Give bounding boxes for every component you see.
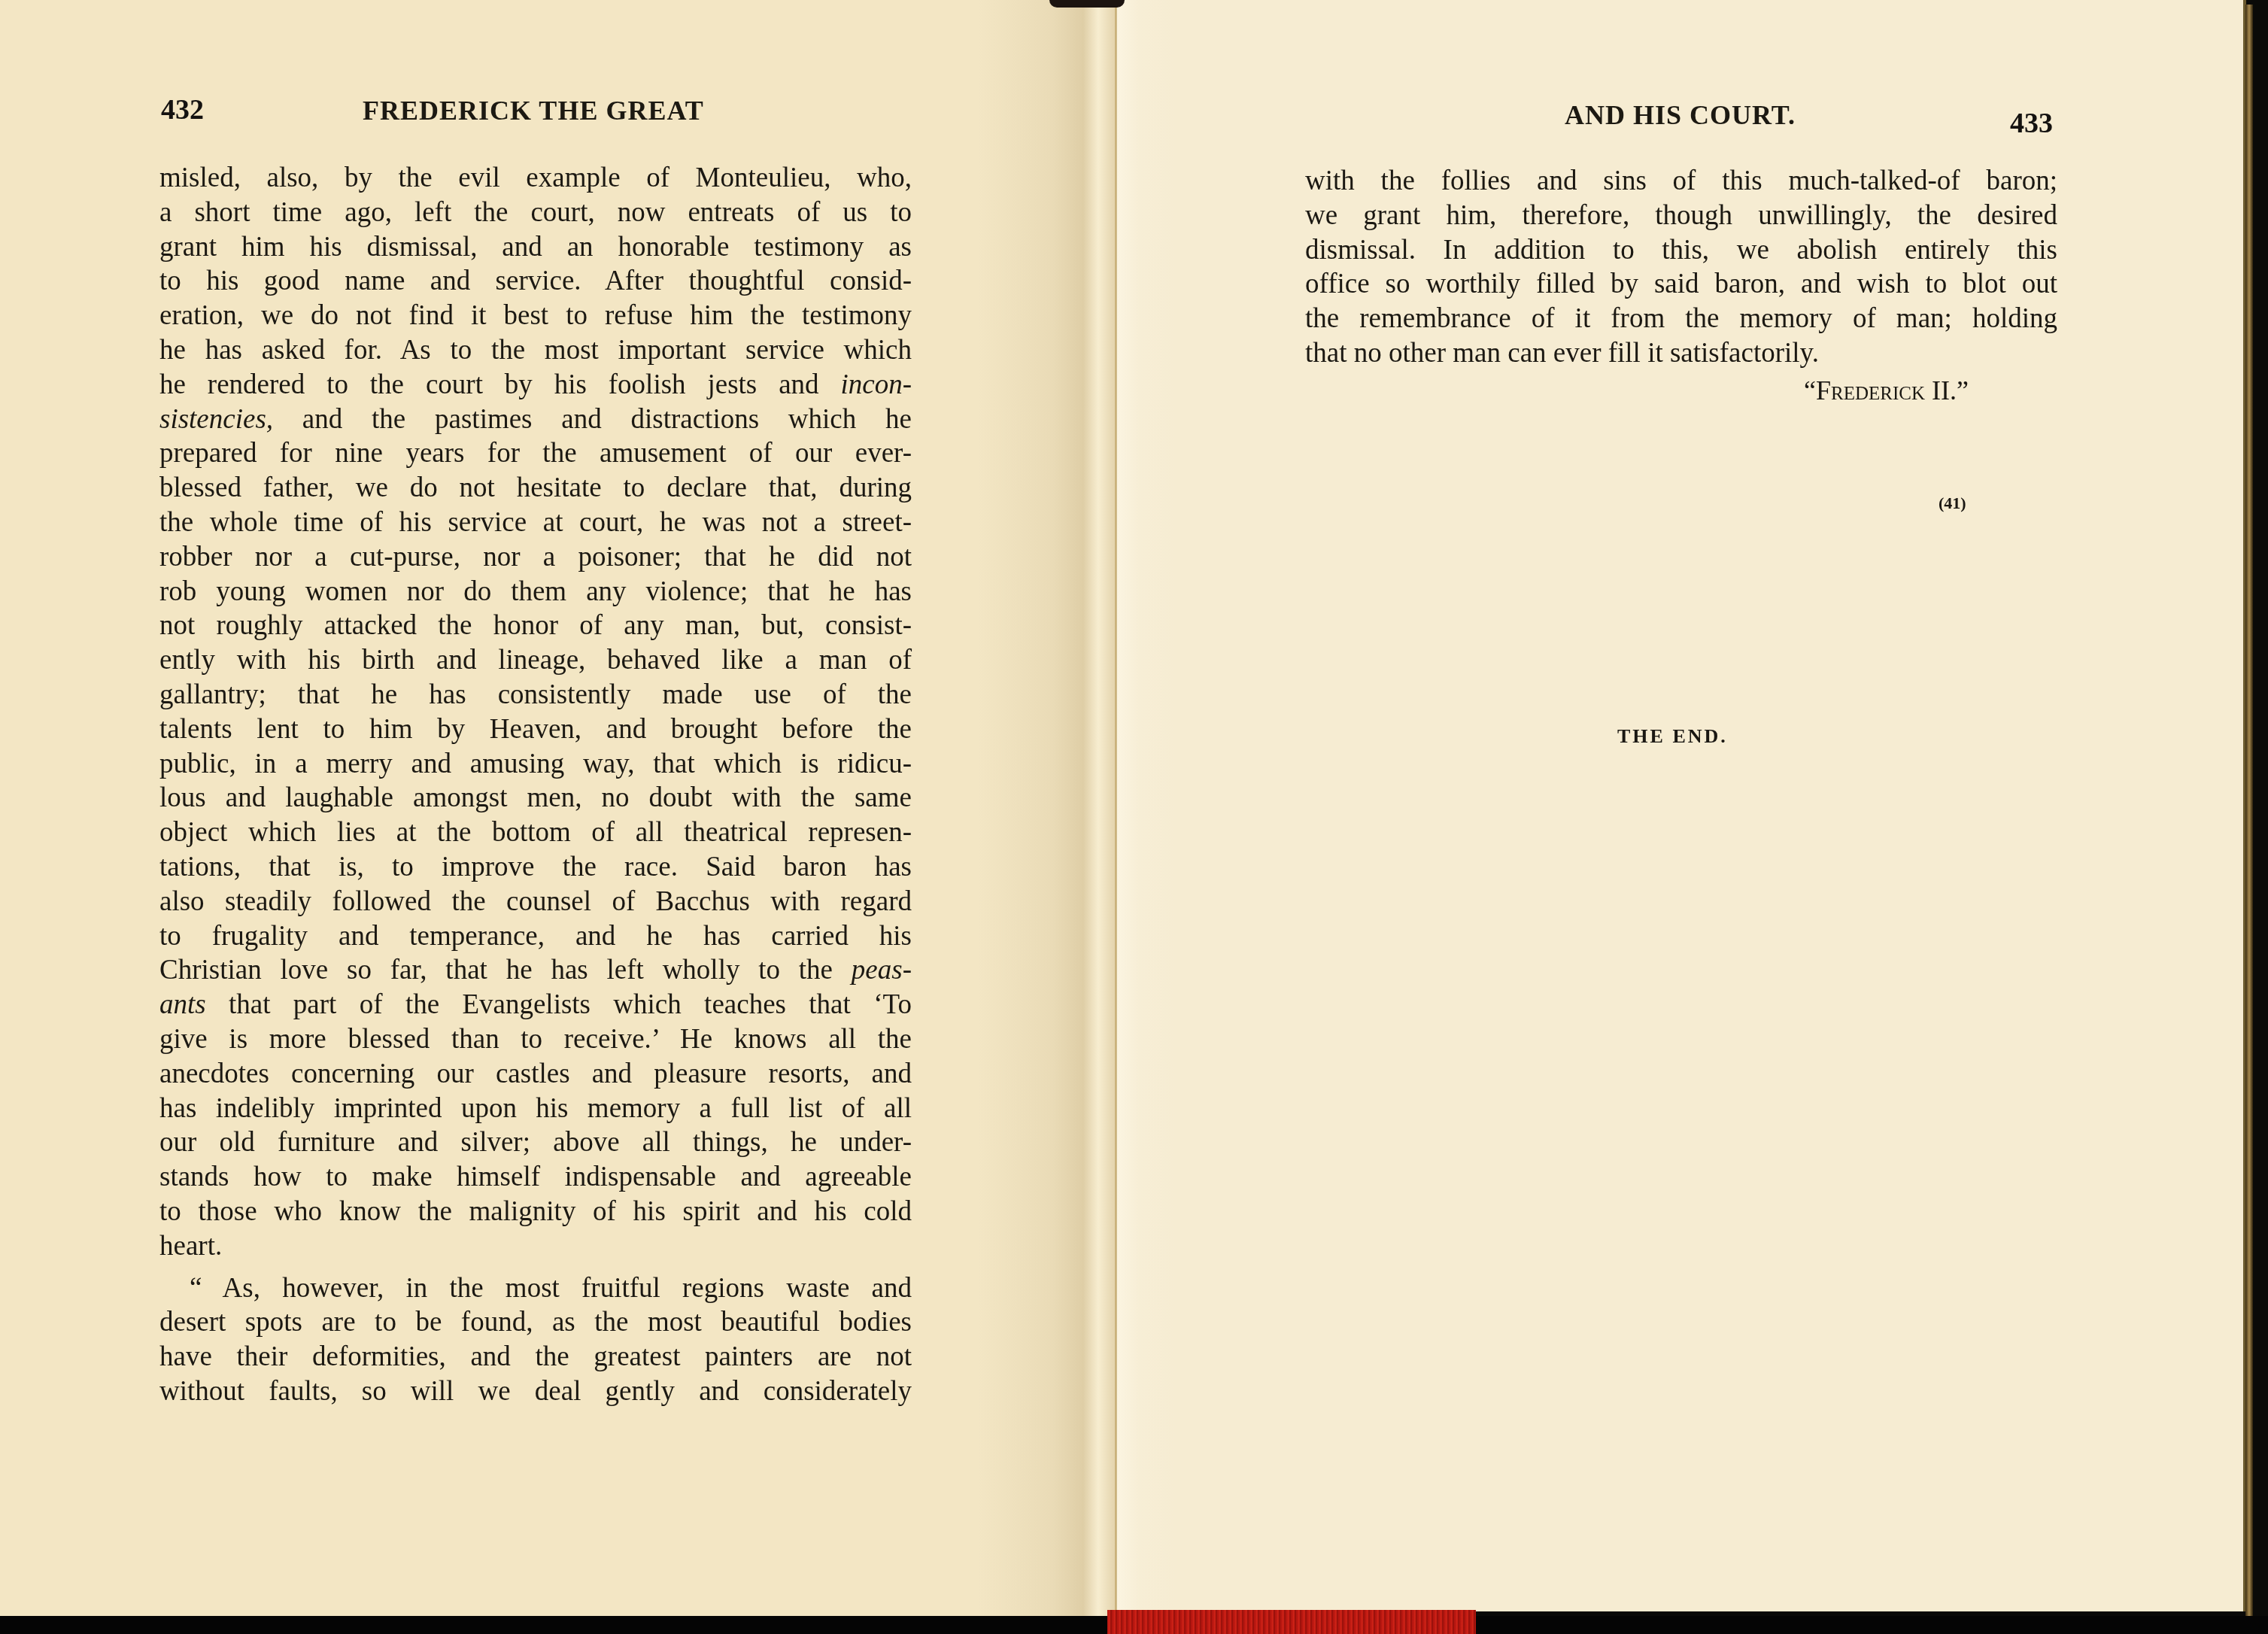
text-line: the whole time of his service at court, … <box>159 506 912 540</box>
page-number-right: 433 <box>2010 107 2053 140</box>
text-line: not roughly attacked the honor of any ma… <box>159 609 912 643</box>
text-line: we grant him, therefore, though unwillin… <box>1305 199 2057 233</box>
text-line: talents lent to him by Heaven, and broug… <box>159 712 912 747</box>
text-line: blessed father, we do not hesitate to de… <box>159 471 912 506</box>
signature-mark: (41) <box>1939 494 1966 513</box>
text-line: that no other man can ever fill it satis… <box>1305 336 2057 371</box>
italic-fragment: incon- <box>840 369 912 400</box>
text-line: eration, we do not find it best to refus… <box>159 299 912 333</box>
text-line: our old furniture and silver; above all … <box>159 1125 912 1160</box>
signature: “Frederick II.” <box>1804 375 1969 406</box>
text-line: he has asked for. As to the most importa… <box>159 333 912 368</box>
text-fragment: and the pastimes and distractions which … <box>273 404 912 435</box>
text-line: anecdotes concerning our castles and ple… <box>159 1057 912 1092</box>
signature-name: Frederick II. <box>1816 375 1957 405</box>
text-line: prepared for nine years for the amusemen… <box>159 436 912 471</box>
text-line: has indelibly imprinted upon his memory … <box>159 1092 912 1126</box>
text-line: dismissal. In addition to this, we aboli… <box>1305 233 2057 268</box>
gutter-fold <box>1115 0 1117 1617</box>
text-line: stands how to make himself indispensable… <box>159 1160 912 1195</box>
text-line: give is more blessed than to receive.’ H… <box>159 1022 912 1057</box>
italic-fragment: peas- <box>852 955 912 986</box>
text-line: misled, also, by the evil example of Mon… <box>159 161 912 196</box>
binding-cloth <box>1107 1610 1476 1634</box>
text-line: also steadily followed the counsel of Ba… <box>159 885 912 919</box>
text-line: to frugality and temperance, and he has … <box>159 919 912 954</box>
text-line: to his good name and service. After thou… <box>159 264 912 299</box>
text-line: ently with his birth and lineage, behave… <box>159 643 912 678</box>
text-line: have their deformities, and the greatest… <box>159 1340 912 1374</box>
text-line: desert spots are to be found, as the mos… <box>159 1305 912 1340</box>
page-edge-right <box>2245 5 2253 1622</box>
paragraph-gap <box>159 1264 912 1271</box>
text-line: office so worthily filled by said baron,… <box>1305 267 2057 302</box>
text-fragment: Christian love so far, that he has left … <box>159 955 852 986</box>
text-line: he rendered to the court by his foolish … <box>159 368 912 402</box>
close-quote: ” <box>1957 375 1969 405</box>
text-line: tations, that is, to improve the race. S… <box>159 850 912 885</box>
text-line: heart. <box>159 1229 912 1264</box>
text-line: rob young women nor do them any violence… <box>159 575 912 609</box>
text-line: public, in a merry and amusing way, that… <box>159 747 912 782</box>
text-line: the remembrance of it from the memory of… <box>1305 302 2057 336</box>
italic-fragment: sistencies, <box>159 404 273 435</box>
italic-fragment: ants <box>159 989 206 1020</box>
text-line: gallantry; that he has consistently made… <box>159 678 912 712</box>
text-line: a short time ago, left the court, now en… <box>159 196 912 230</box>
text-line: object which lies at the bottom of all t… <box>159 815 912 850</box>
text-line: lous and laughable amongst men, no doubt… <box>159 781 912 815</box>
the-end-label: THE END. <box>1617 725 1728 748</box>
text-line: to those who know the malignity of his s… <box>159 1195 912 1229</box>
text-fragment: he rendered to the court by his foolish … <box>159 369 840 400</box>
running-head-right: AND HIS COURT. <box>1565 99 1796 131</box>
text-line: ants that part of the Evangelists which … <box>159 988 912 1022</box>
text-line: “ As, however, in the most fruitful regi… <box>159 1271 912 1306</box>
open-quote: “ <box>1804 375 1816 405</box>
text-line: Christian love so far, that he has left … <box>159 953 912 988</box>
page-number-left: 432 <box>161 93 204 126</box>
text-line: grant him his dismissal, and an honorabl… <box>159 230 912 265</box>
left-page-body: misled, also, by the evil example of Mon… <box>159 161 912 1409</box>
text-line: robber nor a cut-purse, nor a poisoner; … <box>159 540 912 575</box>
text-line: with the follies and sins of this much-t… <box>1305 164 2057 199</box>
text-line: without faults, so will we deal gently a… <box>159 1374 912 1409</box>
right-page-body: with the follies and sins of this much-t… <box>1305 164 2057 371</box>
running-head-left: FREDERICK THE GREAT <box>363 95 704 126</box>
text-fragment: that part of the Evangelists which teach… <box>206 989 912 1020</box>
spine-top-edge <box>1049 0 1125 8</box>
text-line: sistencies, and the pastimes and distrac… <box>159 402 912 437</box>
